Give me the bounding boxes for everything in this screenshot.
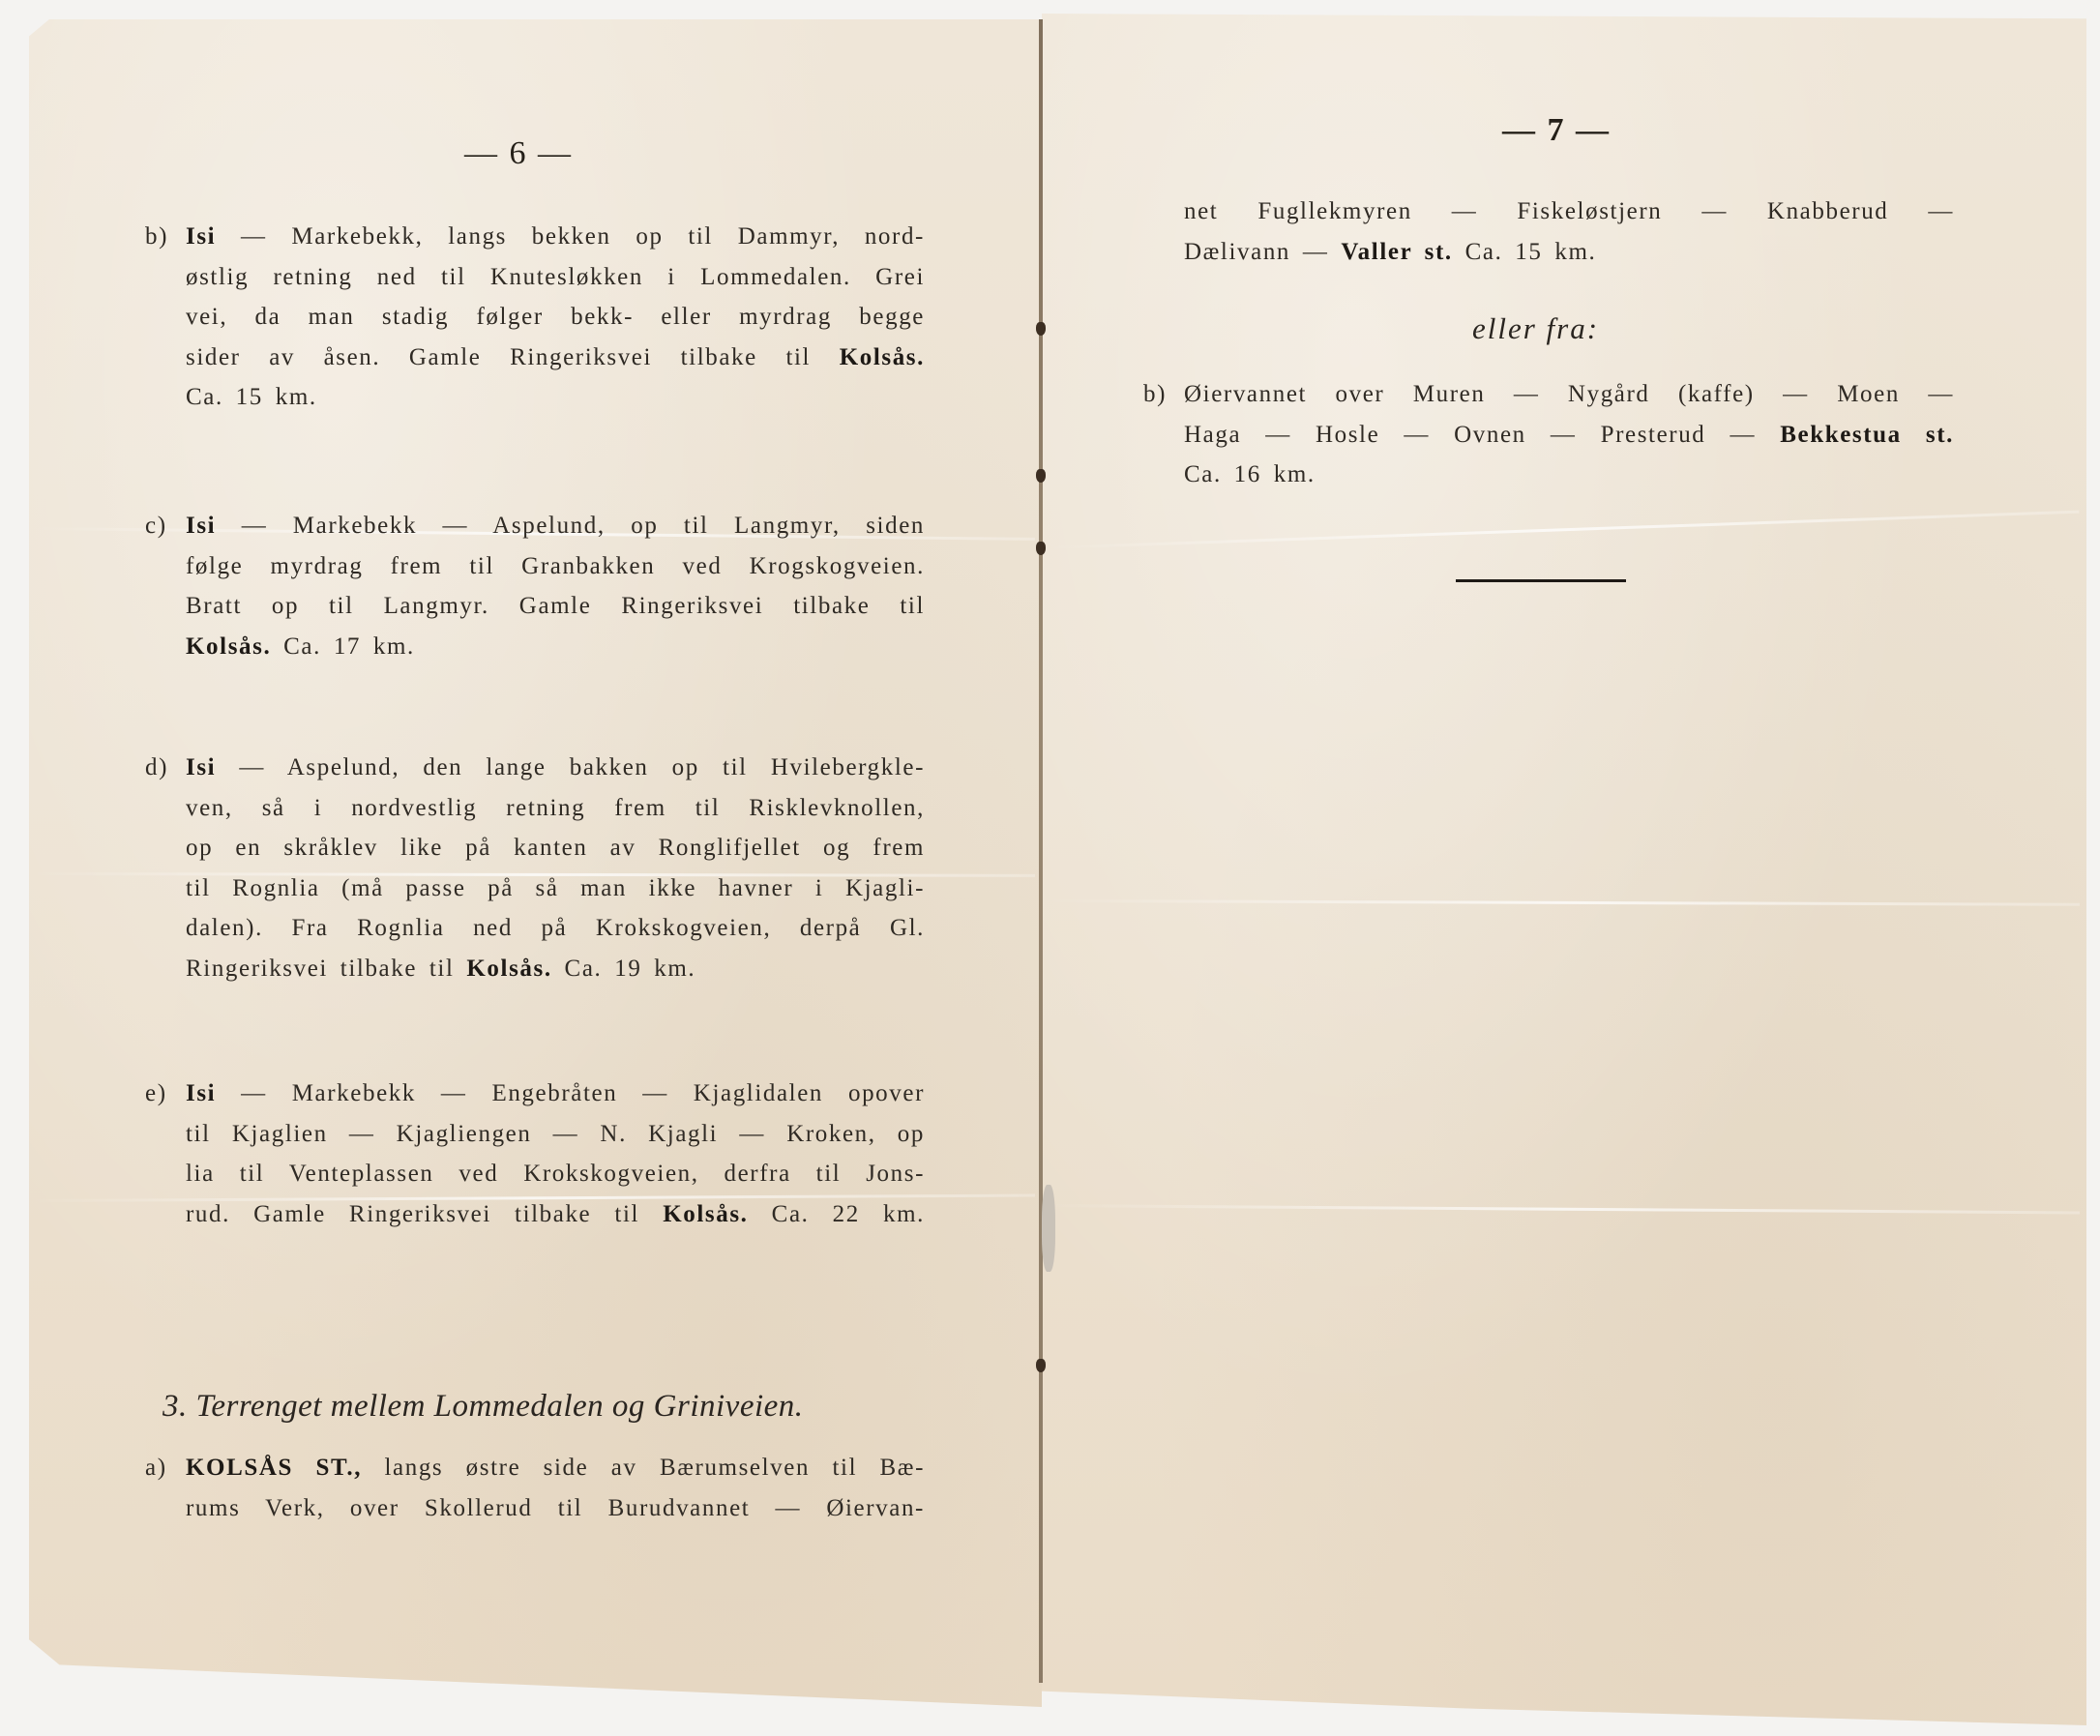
entry-line: ven, så i nordvestlig retning frem til R… bbox=[186, 788, 925, 829]
alternative-start-heading: eller fra: bbox=[1472, 311, 1599, 346]
route-entry-a: a) KOLSÅS ST., langs østre side av Bærum… bbox=[186, 1448, 925, 1528]
page-number-6: — 6 — bbox=[464, 135, 573, 172]
entry-label: a) bbox=[145, 1448, 167, 1488]
entry-line: Kolsås. Ca. 17 km. bbox=[186, 627, 925, 667]
spine-stitch bbox=[1036, 1359, 1046, 1372]
entry-line: Isi — Markebekk, langs bekken op til Dam… bbox=[186, 217, 925, 257]
entry-line: Dælivann — Valler st. Ca. 15 km. bbox=[1184, 232, 1954, 273]
entry-line: sider av åsen. Gamle Ringeriksvei tilbak… bbox=[186, 338, 925, 378]
route-entry-c: c) Isi — Markebekk — Aspelund, op til La… bbox=[186, 506, 925, 666]
entry-line: rums Verk, over Skollerud til Burudvanne… bbox=[186, 1488, 925, 1529]
route-entry-e: e) Isi — Markebekk — Engebråten — Kjagli… bbox=[186, 1074, 925, 1234]
entry-line: Isi — Markebekk — Engebråten — Kjaglidal… bbox=[186, 1074, 925, 1114]
section-heading: 3. Terrenget mellem Lommedalen og Griniv… bbox=[163, 1389, 804, 1425]
entry-line: Ca. 16 km. bbox=[1184, 455, 1954, 495]
entry-line: dalen). Fra Rognlia ned på Krokskogveien… bbox=[186, 908, 925, 949]
booklet-spread: — 6 — b) Isi — Markebekk, langs bekken o… bbox=[0, 0, 2100, 1736]
entry-line: til Rognlia (må passe på så man ikke hav… bbox=[186, 868, 925, 909]
entry-line: lia til Venteplassen ved Krokskogveien, … bbox=[186, 1154, 925, 1194]
route-continuation: net Fugllekmyren — Fiskeløstjern — Knabb… bbox=[1184, 191, 1954, 272]
page-number-7: — 7 — bbox=[1502, 112, 1611, 149]
spine-stitch bbox=[1036, 542, 1046, 555]
entry-label: e) bbox=[145, 1074, 167, 1114]
entry-line: Isi — Aspelund, den lange bakken op til … bbox=[186, 748, 925, 788]
entry-line: Ringeriksvei tilbake til Kolsås. Ca. 19 … bbox=[186, 949, 925, 989]
entry-line: til Kjaglien — Kjagliengen — N. Kjagli —… bbox=[186, 1114, 925, 1155]
spine-tear bbox=[1042, 1185, 1055, 1272]
entry-label: b) bbox=[1143, 374, 1167, 415]
entry-line: op en skråklev like på kanten av Ronglif… bbox=[186, 828, 925, 868]
route-entry-b-alt: b) Øiervannet over Muren — Nygård (kaffe… bbox=[1184, 374, 1954, 495]
book-spine bbox=[1039, 19, 1043, 1683]
spine-stitch bbox=[1036, 322, 1046, 336]
entry-label: c) bbox=[145, 506, 167, 546]
entry-line: vei, da man stadig følger bekk- eller my… bbox=[186, 297, 925, 338]
entry-line: net Fugllekmyren — Fiskeløstjern — Knabb… bbox=[1184, 191, 1954, 232]
end-of-section-rule bbox=[1456, 579, 1626, 582]
entry-line: østlig retning ned til Knutesløkken i Lo… bbox=[186, 257, 925, 298]
spine-stitch bbox=[1036, 469, 1046, 483]
entry-line: Øiervannet over Muren — Nygård (kaffe) —… bbox=[1184, 374, 1954, 415]
entry-line: Ca. 15 km. bbox=[186, 377, 925, 418]
entry-line: KOLSÅS ST., langs østre side av Bærumsel… bbox=[186, 1448, 925, 1488]
route-entry-d: d) Isi — Aspelund, den lange bakken op t… bbox=[186, 748, 925, 988]
entry-label: b) bbox=[145, 217, 168, 257]
entry-label: d) bbox=[145, 748, 168, 788]
entry-line: rud. Gamle Ringeriksvei tilbake til Kols… bbox=[186, 1194, 925, 1235]
entry-line: Bratt op til Langmyr. Gamle Ringeriksvei… bbox=[186, 586, 925, 627]
entry-line: Haga — Hosle — Ovnen — Presterud — Bekke… bbox=[1184, 415, 1954, 456]
entry-line: Isi — Markebekk — Aspelund, op til Langm… bbox=[186, 506, 925, 546]
entry-line: følge myrdrag frem til Granbakken ved Kr… bbox=[186, 546, 925, 587]
route-entry-b: b) Isi — Markebekk, langs bekken op til … bbox=[186, 217, 925, 418]
